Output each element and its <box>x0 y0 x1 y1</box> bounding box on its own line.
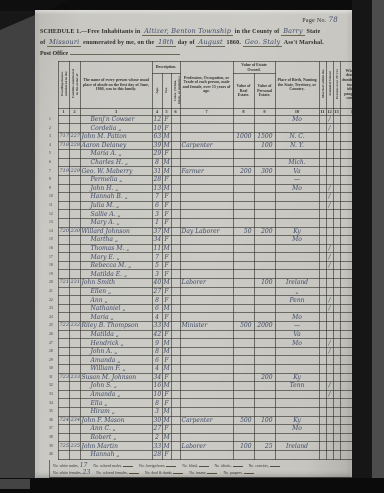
birthplace: Mo <box>275 236 319 245</box>
color <box>171 399 180 408</box>
condition <box>340 167 352 176</box>
school-tick <box>326 158 333 167</box>
birthplace: Ky <box>275 227 319 236</box>
age: 3 <box>152 407 162 416</box>
family-number <box>69 450 80 459</box>
day-of-label: day of <box>178 40 195 46</box>
line-number: 39 <box>49 442 58 451</box>
age: 33 <box>152 442 162 451</box>
illiterate-tick <box>333 184 340 193</box>
condition <box>340 193 352 202</box>
line-number: 12 <box>49 210 58 219</box>
census-row: 6Charles H. „8MMich. <box>49 158 352 167</box>
line-number: 10 <box>49 193 58 202</box>
school-tick <box>326 416 333 425</box>
col-name-header: The name of every person whose usual pla… <box>80 62 152 109</box>
person-name: John Smith <box>80 279 152 288</box>
school-tick: / <box>326 193 333 202</box>
age: 12 <box>152 115 162 124</box>
condition <box>340 270 352 279</box>
post-office-label: Post Office <box>40 51 68 57</box>
dwelling-number <box>58 407 69 416</box>
condition <box>340 115 352 124</box>
color <box>171 416 180 425</box>
page-no-value: 78 <box>328 16 338 24</box>
age: 3 <box>152 270 162 279</box>
age: 33 <box>152 322 162 331</box>
sex: F <box>162 261 171 270</box>
personal-estate-value <box>254 425 275 434</box>
sex: F <box>162 425 171 434</box>
census-row: 12Sallie A. „3F <box>49 210 352 219</box>
real-estate-value <box>233 236 254 245</box>
color <box>171 287 180 296</box>
color <box>171 390 180 399</box>
real-estate-value <box>233 261 254 270</box>
tally-item: No. foreign born, <box>139 463 176 468</box>
occupation <box>180 201 233 210</box>
personal-estate-value <box>254 347 275 356</box>
personal-estate-value: 100 <box>254 141 275 150</box>
occupation <box>180 407 233 416</box>
sex: F <box>162 313 171 322</box>
personal-estate-value <box>254 407 275 416</box>
tally-label: No. paupers, <box>223 471 243 475</box>
married-tick <box>319 373 326 382</box>
state-label: State <box>306 29 320 35</box>
line-number: 15 <box>49 236 58 245</box>
census-row: 29Amanda „6F <box>49 356 352 365</box>
age: 4 <box>152 365 162 374</box>
occupation: Carpenter <box>180 416 233 425</box>
school-tick <box>326 236 333 245</box>
tally-label: No. insane, <box>189 471 207 475</box>
sex: F <box>162 296 171 305</box>
birthplace: Mo <box>275 425 319 434</box>
sex: M <box>162 322 171 331</box>
person-name: Maria A. „ <box>80 150 152 159</box>
sex: F <box>162 150 171 159</box>
tally-label: No. colored females, <box>96 471 129 475</box>
color <box>171 175 180 184</box>
real-estate-value <box>233 270 254 279</box>
sex: F <box>162 270 171 279</box>
dwelling-number: 721 <box>58 279 69 288</box>
col-birthplace-header: Place of Birth, Naming the State, Territ… <box>275 62 319 109</box>
census-row: 10Hannah B. „7F/ <box>49 193 352 202</box>
real-estate-value <box>233 210 254 219</box>
dwelling-number <box>58 115 69 124</box>
person-name: Ann C. „ <box>80 425 152 434</box>
person-name: Robert „ <box>80 433 152 442</box>
person-name: Ann „ <box>80 296 152 305</box>
enumerated-label: enumerated by me, on the <box>83 40 154 46</box>
schedule-title-line-1: SCHEDULE 1.—Free Inhabitants in Altizer,… <box>40 27 348 35</box>
family-number: 230 <box>69 227 80 236</box>
color <box>171 279 180 288</box>
personal-estate-value <box>254 115 275 124</box>
family-number <box>69 399 80 408</box>
school-tick <box>326 365 333 374</box>
sex: F <box>162 236 171 245</box>
real-estate-value: 500 <box>233 416 254 425</box>
occupation <box>180 425 233 434</box>
line-number: 20 <box>49 279 58 288</box>
occupation <box>180 175 233 184</box>
person-name: Nathaniel „ <box>80 304 152 313</box>
dwelling-number <box>58 150 69 159</box>
census-row: 23Nathaniel „6M/ <box>49 304 352 313</box>
tally-label: No. white males, <box>53 464 80 468</box>
dwelling-number <box>58 261 69 270</box>
age: 28 <box>152 450 162 459</box>
line-number: 34 <box>49 399 58 408</box>
illiterate-tick <box>333 175 340 184</box>
age: 10 <box>152 390 162 399</box>
family-number <box>69 158 80 167</box>
real-estate-value <box>233 175 254 184</box>
real-estate-value <box>233 253 254 262</box>
dwelling-number <box>58 356 69 365</box>
person-name: Martha „ <box>80 236 152 245</box>
post-office-blank <box>70 49 180 55</box>
person-name: Rebecca M. „ <box>80 261 152 270</box>
person-name: John Martin <box>80 442 152 451</box>
person-name: Hannah „ <box>80 450 152 459</box>
census-row: 22Ann „8FPenn/ <box>49 296 352 305</box>
person-name: Mary E. „ <box>80 253 152 262</box>
dwelling-number <box>58 347 69 356</box>
line-number: 18 <box>49 261 58 270</box>
line-number: 31 <box>49 373 58 382</box>
scan-smudge <box>0 479 30 489</box>
dwelling-number <box>58 193 69 202</box>
col-age-header: Age. <box>152 74 162 109</box>
married-tick <box>319 227 326 236</box>
real-estate-value <box>233 433 254 442</box>
condition <box>340 356 352 365</box>
col-illiterate-header: Persons over 20 y'rs of age who cannot r… <box>333 62 340 109</box>
census-row: 9John H. „13MMo/ <box>49 184 352 193</box>
sex: M <box>162 167 171 176</box>
family-number <box>69 218 80 227</box>
occupation <box>180 124 233 133</box>
married-tick <box>319 365 326 374</box>
line-number: 29 <box>49 356 58 365</box>
person-name: Charles H. „ <box>80 158 152 167</box>
census-row: 20721231John Smith40MLaborer100Ireland <box>49 279 352 288</box>
color <box>171 261 180 270</box>
personal-estate-value <box>254 330 275 339</box>
real-estate-value <box>233 287 254 296</box>
personal-estate-value <box>254 193 275 202</box>
family-number <box>69 287 80 296</box>
line-number: 28 <box>49 347 58 356</box>
family-number <box>69 390 80 399</box>
married-tick <box>319 322 326 331</box>
person-name: Hendrick „ <box>80 339 152 348</box>
married-tick <box>319 261 326 270</box>
dwelling-number <box>58 244 69 253</box>
tally-item: No. colored females, <box>96 470 139 475</box>
line-number: 11 <box>49 201 58 210</box>
dwelling-number: 719 <box>58 167 69 176</box>
color <box>171 253 180 262</box>
real-estate-value: 100 <box>233 442 254 451</box>
sex: M <box>162 132 171 141</box>
color <box>171 218 180 227</box>
real-estate-value: 500 <box>233 322 254 331</box>
sex: M <box>162 382 171 391</box>
census-row: 13Mary A. „1F <box>49 218 352 227</box>
age: 11 <box>152 244 162 253</box>
illiterate-tick <box>333 433 340 442</box>
school-tick <box>326 141 333 150</box>
dwelling-number: 720 <box>58 227 69 236</box>
tally-blank <box>129 470 139 474</box>
tally-item: No. convicts, <box>249 463 280 468</box>
birthplace <box>275 253 319 262</box>
birthplace <box>275 433 319 442</box>
dwelling-number <box>58 330 69 339</box>
family-number: 231 <box>69 279 80 288</box>
married-tick <box>319 236 326 245</box>
real-estate-value <box>233 339 254 348</box>
real-estate-value <box>233 356 254 365</box>
census-row: 4718228Aaron Delaney39MCarpenter100N. Y. <box>49 141 352 150</box>
color <box>171 365 180 374</box>
condition <box>340 365 352 374</box>
illiterate-tick <box>333 382 340 391</box>
real-estate-value <box>233 218 254 227</box>
age: 37 <box>152 227 162 236</box>
age: 9 <box>152 339 162 348</box>
age: 34 <box>152 236 162 245</box>
school-tick: / <box>326 304 333 313</box>
col-color-header: Color, (White, black, or mulatto.) <box>171 74 180 109</box>
illiterate-tick <box>333 253 340 262</box>
tally-item: No. white males, 17 <box>53 464 87 468</box>
scan-border-bottom <box>0 478 384 493</box>
person-name: Julia M. „ <box>80 201 152 210</box>
occupation <box>180 244 233 253</box>
illiterate-tick <box>333 373 340 382</box>
tally-blank <box>270 463 280 467</box>
color <box>171 158 180 167</box>
scan-border-right <box>352 0 372 493</box>
personal-estate-value <box>254 339 275 348</box>
tally-value: 23 <box>83 469 91 476</box>
census-row: 18Rebecca M. „5F/ <box>49 261 352 270</box>
real-estate-value <box>233 382 254 391</box>
occupation <box>180 270 233 279</box>
color <box>171 150 180 159</box>
birthplace: Mich. <box>275 158 319 167</box>
personal-estate-value: 200 <box>254 227 275 236</box>
census-row: 24Maria „4FMo <box>49 313 352 322</box>
condition <box>340 330 352 339</box>
tally-blank <box>233 463 243 467</box>
person-name: Amanda „ <box>80 356 152 365</box>
sex: M <box>162 158 171 167</box>
birthplace: Ky <box>275 373 319 382</box>
married-tick <box>319 115 326 124</box>
census-table-body: 1Benj'n Cowser12FMo/2Cordelia „10F/37172… <box>49 115 352 459</box>
age: 7 <box>152 253 162 262</box>
married-tick <box>319 132 326 141</box>
handwritten-state: Missouri <box>47 38 81 47</box>
personal-estate-value: 100 <box>254 279 275 288</box>
color <box>171 356 180 365</box>
personal-estate-value <box>254 313 275 322</box>
real-estate-value <box>233 158 254 167</box>
census-row: 37Ann C. „27FMo <box>49 425 352 434</box>
color <box>171 124 180 133</box>
line-number: 32 <box>49 382 58 391</box>
school-tick <box>326 227 333 236</box>
occupation <box>180 399 233 408</box>
personal-estate-value <box>254 244 275 253</box>
condition <box>340 236 352 245</box>
school-tick: / <box>326 115 333 124</box>
school-tick <box>326 313 333 322</box>
asst-marshal-label: Ass't Marshal. <box>284 40 324 46</box>
condition <box>340 261 352 270</box>
census-row: 27Hendrick „9MMo/ <box>49 339 352 348</box>
dwelling-number: 724 <box>58 416 69 425</box>
school-tick <box>326 279 333 288</box>
school-tick <box>326 356 333 365</box>
sex: M <box>162 442 171 451</box>
occupation <box>180 218 233 227</box>
census-row: 7719229Geo. W. Maberry31MFarmer200300Va <box>49 167 352 176</box>
handwritten-day: 18th <box>156 38 176 47</box>
personal-estate-value <box>254 158 275 167</box>
occupation <box>180 287 233 296</box>
illiterate-tick <box>333 227 340 236</box>
census-row: 5Maria A. „29F <box>49 150 352 159</box>
school-tick <box>326 167 333 176</box>
age: 27 <box>152 425 162 434</box>
person-name: Riley B. Thompson <box>80 322 152 331</box>
col-school-header: Attended School within the year. <box>326 62 333 109</box>
age: 31 <box>152 167 162 176</box>
occupation <box>180 373 233 382</box>
personal-estate-value: 200 <box>254 373 275 382</box>
married-tick <box>319 304 326 313</box>
person-name: Hannah B. „ <box>80 193 152 202</box>
school-tick <box>326 218 333 227</box>
condition <box>340 296 352 305</box>
color <box>171 227 180 236</box>
person-name: John S. „ <box>80 382 152 391</box>
family-number <box>69 330 80 339</box>
personal-estate-value: 300 <box>254 167 275 176</box>
age: 30 <box>152 416 162 425</box>
line-number: 9 <box>49 184 58 193</box>
married-tick <box>319 296 326 305</box>
occupation: Day Laborer <box>180 227 233 236</box>
dwelling-number <box>58 313 69 322</box>
married-tick <box>319 356 326 365</box>
married-tick <box>319 184 326 193</box>
sex: F <box>162 450 171 459</box>
condition <box>340 399 352 408</box>
sex: F <box>162 218 171 227</box>
dwelling-number: 722 <box>58 322 69 331</box>
married-tick <box>319 287 326 296</box>
line-number: 1 <box>49 115 58 124</box>
occupation <box>180 313 233 322</box>
tally-item: No. deaf & dumb, <box>145 470 183 475</box>
birthplace <box>275 347 319 356</box>
col-occupation-header: Profession, Occupation, or Trade of each… <box>180 62 233 109</box>
illiterate-tick <box>333 390 340 399</box>
tally-blank <box>207 470 217 474</box>
school-tick <box>326 210 333 219</box>
person-name: Aaron Delaney <box>80 141 152 150</box>
condition <box>340 425 352 434</box>
real-estate-value <box>233 347 254 356</box>
sex: F <box>162 210 171 219</box>
color <box>171 132 180 141</box>
married-tick <box>319 313 326 322</box>
illiterate-tick <box>333 313 340 322</box>
birthplace <box>275 365 319 374</box>
line-number: 4 <box>49 141 58 150</box>
school-tick <box>326 322 333 331</box>
column-number-row: 1 2 3 4 5 6 7 8 9 10 11 12 13 14 <box>49 108 352 115</box>
school-tick <box>326 407 333 416</box>
condition <box>340 253 352 262</box>
page-tallies: No. white males, 17No. colored males, No… <box>49 460 352 478</box>
personal-estate-value: 2000 <box>254 322 275 331</box>
occupation: Laborer <box>180 442 233 451</box>
family-number <box>69 175 80 184</box>
occupation <box>180 356 233 365</box>
birthplace: — <box>275 175 319 184</box>
line-number: 5 <box>49 150 58 159</box>
census-row: 15Martha „34FMo <box>49 236 352 245</box>
school-tick <box>326 287 333 296</box>
tally-value: 17 <box>80 462 88 469</box>
color <box>171 322 180 331</box>
illiterate-tick <box>333 296 340 305</box>
married-tick <box>319 150 326 159</box>
school-tick: / <box>326 261 333 270</box>
illiterate-tick <box>333 450 340 459</box>
occupation <box>180 390 233 399</box>
condition <box>340 244 352 253</box>
dwelling-number <box>58 304 69 313</box>
married-tick <box>319 330 326 339</box>
age: 42 <box>152 330 162 339</box>
census-row: 38Robert „2M <box>49 433 352 442</box>
line-number: 21 <box>49 287 58 296</box>
sex: M <box>162 279 171 288</box>
dwelling-number <box>58 339 69 348</box>
family-number: 228 <box>69 141 80 150</box>
census-row: 25722232Riley B. Thompson33MMinister5002… <box>49 322 352 331</box>
dwelling-number <box>58 399 69 408</box>
color <box>171 236 180 245</box>
color <box>171 193 180 202</box>
family-number <box>69 210 80 219</box>
age: 2 <box>152 433 162 442</box>
real-estate-value <box>233 304 254 313</box>
personal-estate-value <box>254 253 275 262</box>
school-tick: / <box>326 201 333 210</box>
